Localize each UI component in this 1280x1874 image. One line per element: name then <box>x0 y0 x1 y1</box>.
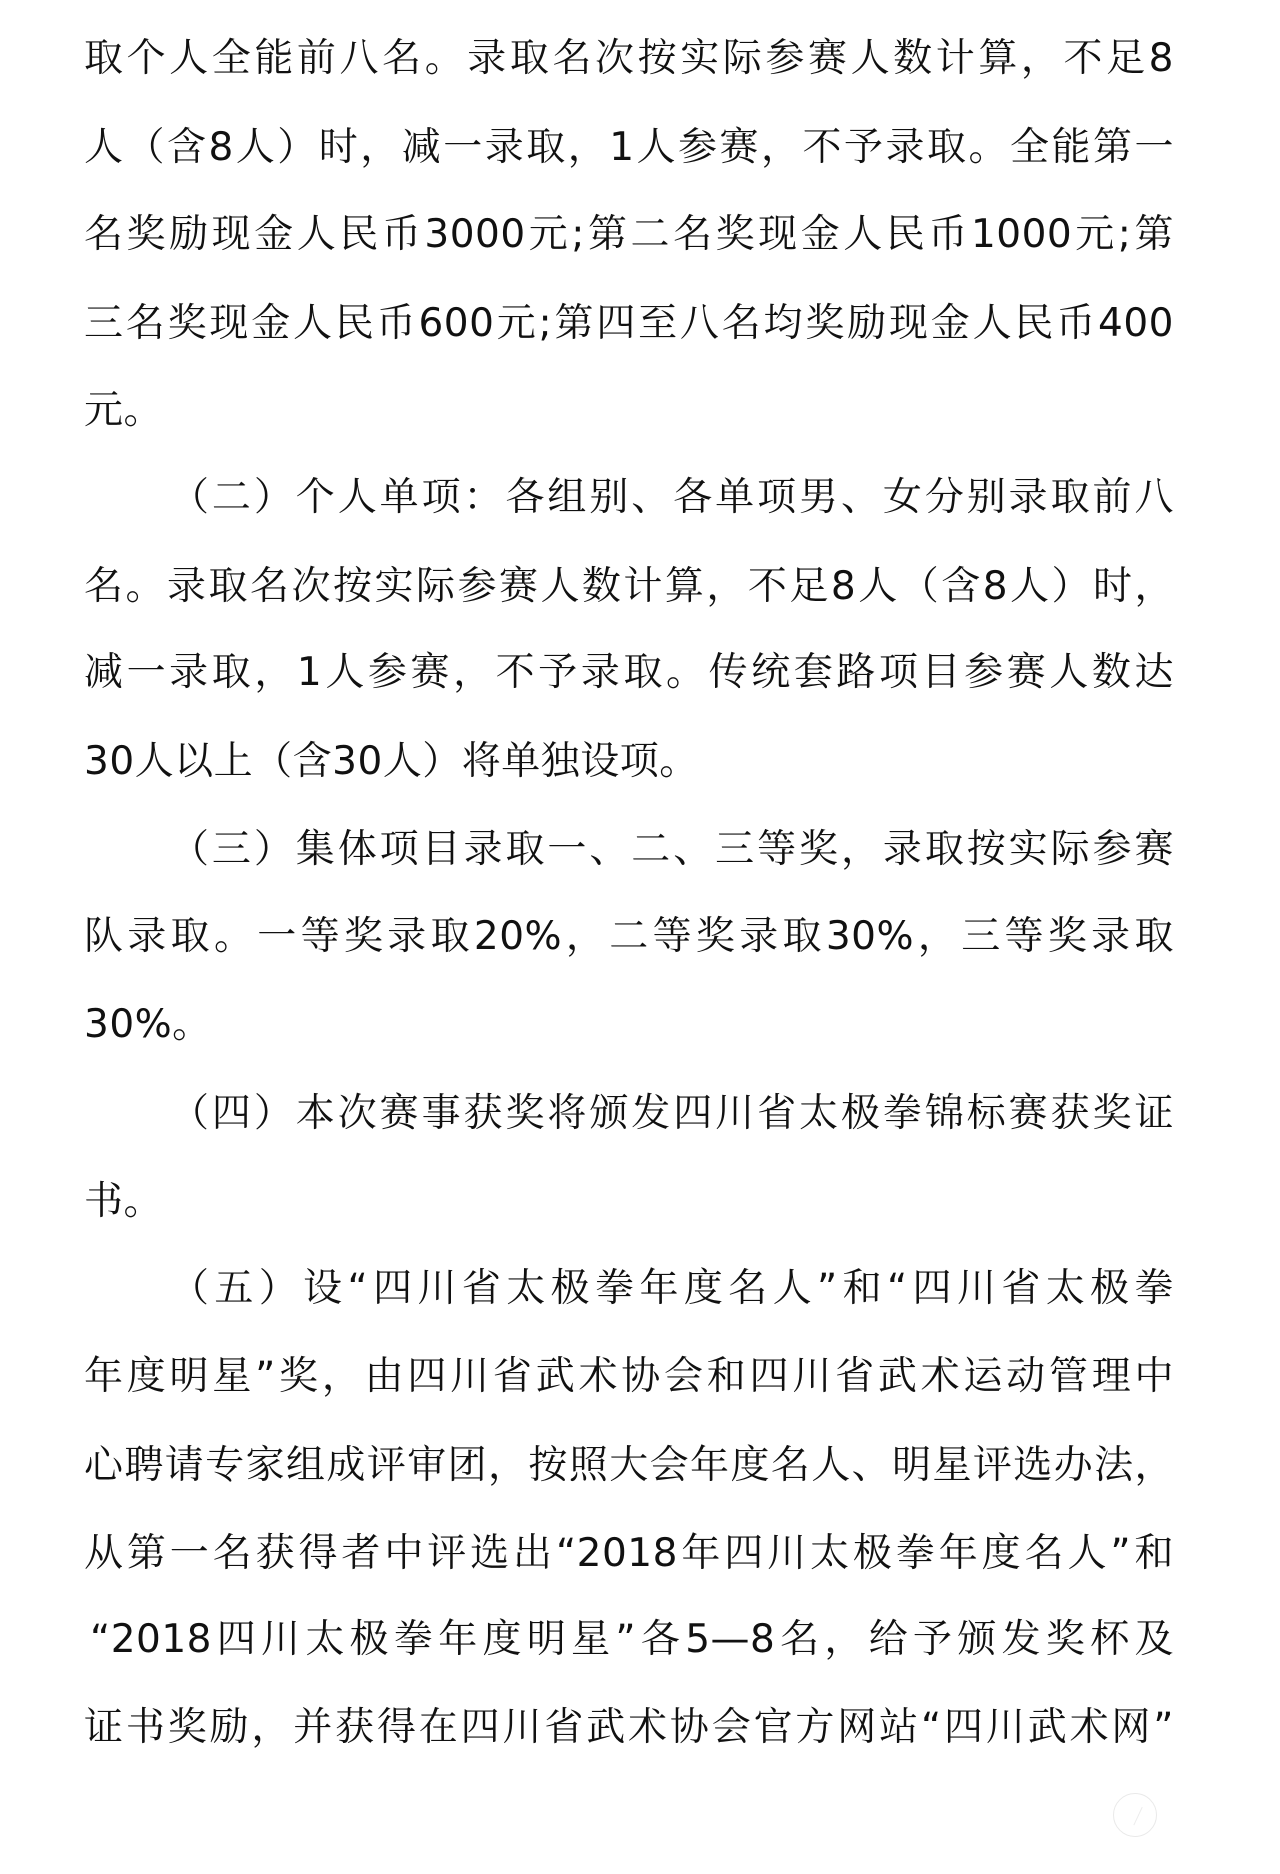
text-line-20: 证书奖励，并获得在四川省武术协会官方网站“四川武术网” <box>84 1698 1174 1758</box>
section-five-heading-line: （五）设“四川省太极拳年度名人”和“四川省太极拳 <box>170 1259 1174 1319</box>
section-three-heading-line: （三）集体项目录取一、二、三等奖，录取按实际参赛 <box>170 820 1174 880</box>
text-line-17: 心聘请专家组成评审团，按照大会年度名人、明星评选办法， <box>84 1436 1174 1496</box>
text-line-3: 名奖励现金人民币3000元;第二名奖现金人民币1000元;第 <box>84 205 1174 265</box>
text-line-14: 书。 <box>84 1172 1174 1232</box>
text-line-4: 三名奖现金人民币600元;第四至八名均奖励现金人民币400 <box>84 294 1174 354</box>
text-line-8: 减一录取，1人参赛，不予录取。传统套路项目参赛人数达 <box>84 643 1174 703</box>
text-line-19: “2018四川太极拳年度明星”各5—8名，给予颁发奖杯及 <box>90 1610 1174 1670</box>
text-line-7: 名。录取名次按实际参赛人数计算，不足8人（含8人）时， <box>84 557 1174 617</box>
text-line-18: 从第一名获得者中评选出“2018年四川太极拳年度名人”和 <box>84 1524 1174 1584</box>
section-two-heading-line: （二）个人单项：各组别、各单项男、女分别录取前八 <box>170 468 1174 528</box>
section-four-heading-line: （四）本次赛事获奖将颁发四川省太极拳锦标赛获奖证 <box>170 1084 1174 1144</box>
text-line-1: 取个人全能前八名。录取名次按实际参赛人数计算，不足8 <box>84 29 1174 89</box>
text-line-2: 人（含8人）时，减一录取，1人参赛，不予录取。全能第一 <box>84 118 1174 178</box>
text-line-16: 年度明星”奖，由四川省武术协会和四川省武术运动管理中 <box>84 1347 1174 1407</box>
document-page: 取个人全能前八名。录取名次按实际参赛人数计算，不足8 人（含8人）时，减一录取，… <box>0 0 1280 1874</box>
text-line-9: 30人以上（含30人）将单独设项。 <box>84 732 1174 792</box>
text-line-5: 元。 <box>84 381 1174 441</box>
text-line-11: 队录取。一等奖录取20%，二等奖录取30%，三等奖录取 <box>84 907 1174 967</box>
text-line-12: 30%。 <box>84 995 1174 1055</box>
watermark-logo-icon <box>1113 1793 1157 1837</box>
